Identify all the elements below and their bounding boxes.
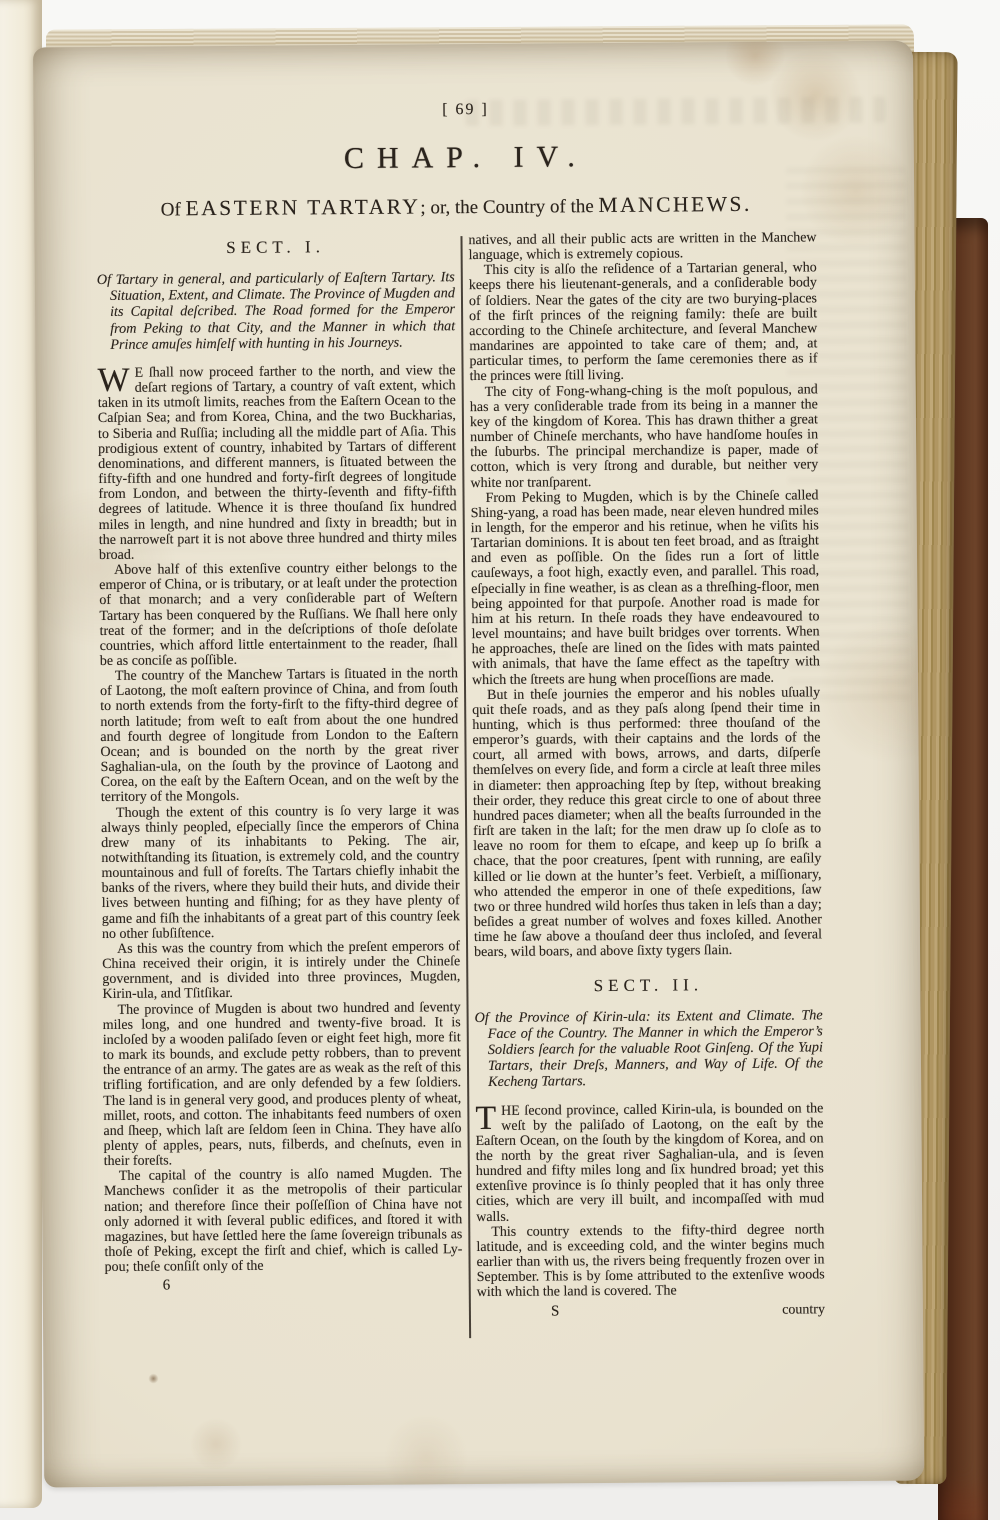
body-paragraph: The capital of the country is alſo named… [104,1166,463,1275]
book-page: [ 69 ] CHAP. IV. Of EASTERN TARTARY; or,… [0,0,1000,1520]
drop-cap: W [97,366,134,395]
section-1-heading: SECT. I. [96,236,454,259]
body-paragraph-text: HE ſecond province, called Kirin-ula, is… [476,1101,825,1225]
body-paragraph: But in theſe journies the emperor and hi… [472,685,822,961]
section-1-summary: Of Tartary in general, and particularly … [97,269,456,353]
signature-row: Scountry [477,1301,825,1321]
catchword: country [782,1302,825,1318]
body-paragraph: Above half of this extenſive country eit… [99,560,458,669]
chapter-heading: CHAP. IV. [116,138,816,177]
body-paragraph: This country extends to the fifty-third … [476,1222,825,1301]
signature-mark: S [551,1303,559,1320]
chapter-subtitle-text: Of [161,199,186,220]
body-paragraph: WE ſhall now proceed farther to the nort… [97,363,457,563]
body-paragraph-text: E ſhall now proceed farther to the north… [98,363,457,563]
chapter-subtitle-text: ; or, the Country of the [420,196,598,218]
body-paragraph: From Peking to Mugden, which is by the C… [470,488,820,688]
chapter-subtitle-caps: MANCHEWS. [598,192,751,217]
chapter-subtitle-caps: EASTERN TARTARY [185,194,420,220]
signature-row: 6 [105,1276,463,1296]
body-paragraph: THE ſecond province, called Kirin-ula, i… [475,1101,824,1225]
page-text: [ 69 ] CHAP. IV. Of EASTERN TARTARY; or,… [0,0,1000,1520]
right-column: natives, and all their public acts are w… [468,230,825,1320]
body-paragraph: natives, and all their public acts are w… [468,230,816,263]
section-2-heading: SECT. II. [474,974,822,997]
page-number: [ 69 ] [115,98,815,121]
body-paragraph: The country of the Manchew Tartars is ſi… [100,666,459,805]
left-column: SECT. I. Of Tartary in general, and part… [96,233,462,1295]
body-paragraph: As this was the country from which the p… [102,939,460,1002]
body-paragraph: This city is alſo the reſidence of a Tar… [469,261,818,385]
drop-cap: T [475,1103,501,1132]
chapter-subtitle: Of EASTERN TARTARY; or, the Country of t… [86,191,826,222]
signature-mark: 6 [163,1278,171,1294]
body-paragraph: The city of Fong-whang-ching is the moſt… [470,382,819,491]
body-paragraph: Though the extent of this country is ſo … [101,803,460,942]
section-2-summary: Of the Province of Kirin-ula: its Extent… [475,1007,824,1091]
body-paragraph: The province of Mugden is about two hund… [102,1000,461,1170]
